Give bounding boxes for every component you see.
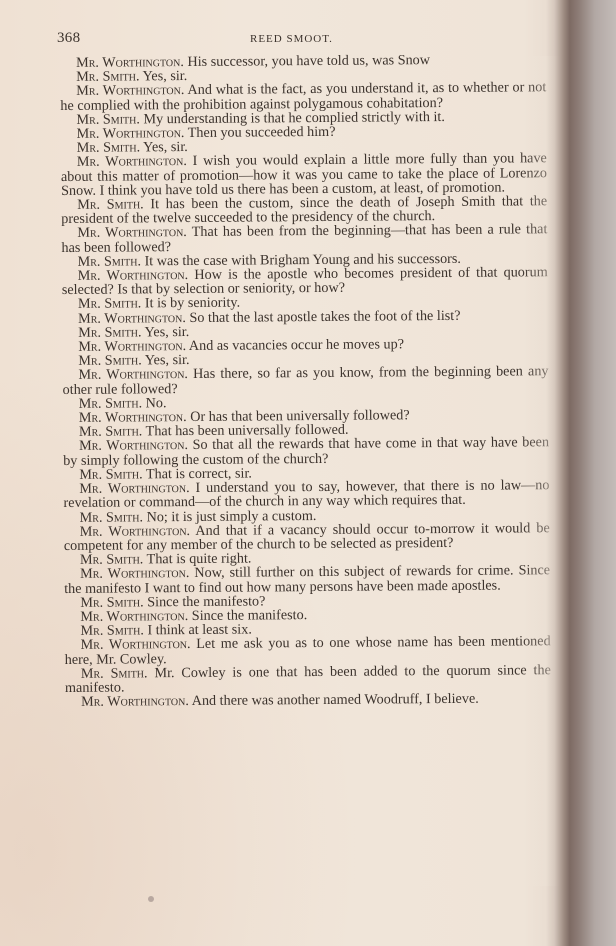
utterance: And as vacancies occur he moves up? (189, 336, 404, 354)
testimony-body: Mr. Worthington. His successor, you have… (60, 52, 551, 709)
speaker: Mr. Worthington. (81, 693, 189, 710)
paragraph: Mr. Worthington. That has been from the … (61, 223, 547, 255)
paragraph: Mr. Worthington. How is the apostle who … (62, 265, 548, 297)
paragraph: Mr. Worthington. So that all the rewards… (63, 436, 549, 468)
utterance: So that the last apostle takes the foot … (189, 308, 460, 326)
paragraph: Mr. Worthington. And what is the fact, a… (60, 81, 546, 113)
page-header: 368 REED SMOOT. (57, 30, 537, 48)
paragraph: Mr. Worthington. Has there, so far as yo… (62, 365, 548, 397)
utterance: His successor, you have told us, was Sno… (187, 52, 430, 70)
utterance: And there was another named Woodruff, I … (192, 691, 479, 709)
paragraph: Mr. Worthington. Now, still further on t… (64, 563, 550, 595)
paragraph: Mr. Worthington. I understand you to say… (63, 478, 549, 510)
paragraph: Mr. Worthington. I wish you would explai… (61, 152, 547, 198)
paragraph: Mr. Worthington. And that if a vacancy s… (64, 521, 550, 553)
book-page: 368 REED SMOOT. Mr. Worthington. His suc… (0, 0, 616, 946)
paragraph: Mr. Worthington. And there was another n… (65, 691, 551, 709)
binding-gutter-shadow (546, 0, 616, 946)
page-number: 368 (57, 30, 80, 47)
utterance: Then you succeeded him? (188, 124, 336, 141)
running-head: REED SMOOT. (250, 33, 333, 45)
paper-spot (148, 896, 154, 902)
